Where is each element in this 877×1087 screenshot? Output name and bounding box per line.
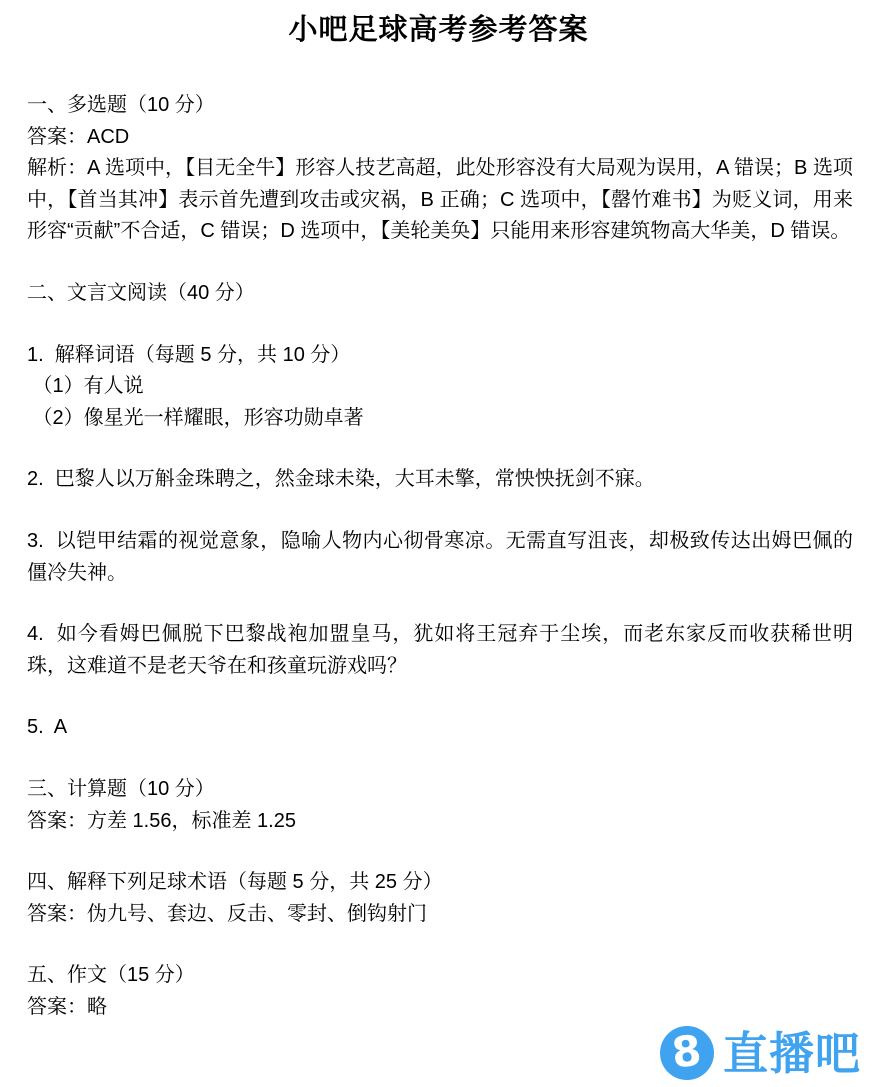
question-1-sub-2: （2）像星光一样耀眼，形容功勋卓著	[27, 403, 853, 435]
section-4-heading: 四、解释下列足球术语（每题 5 分，共 25 分）	[27, 867, 853, 899]
question-4-text: 4. 如今看姆巴佩脱下巴黎战袍加盟皇马，犹如将王冠弃于尘埃，而老东家反而收获稀世…	[27, 619, 853, 682]
question-1-sub-1: （1）有人说	[27, 371, 853, 403]
zhibo8-logo-8-glyph: 8	[670, 1030, 703, 1075]
section-3-answer: 答案：方差 1.56，标准差 1.25	[27, 806, 853, 838]
question-1-heading: 1. 解释词语（每题 5 分，共 10 分）	[27, 340, 853, 372]
section-3-heading: 三、计算题（10 分）	[27, 774, 853, 806]
question-2-text: 2. 巴黎人以万斛金珠聘之，然金球未染，大耳未擎，常怏怏抚剑不寐。	[27, 464, 853, 496]
section-4-answer: 答案：伪九号、套边、反击、零封、倒钩射门	[27, 899, 853, 931]
zhibo8-brand-text: 直播吧	[723, 1031, 861, 1076]
section-1-heading: 一、多选题（10 分）	[27, 90, 853, 122]
zhibo8-logo-icon: 8	[660, 1026, 714, 1080]
section-1-analysis: 解析：A 选项中，【目无全牛】形容人技艺高超，此处形容没有大局观为误用，A 错误…	[27, 153, 853, 248]
question-5-answer: 5. A	[27, 712, 853, 744]
section-1-answer: 答案：ACD	[27, 122, 853, 154]
section-5-heading: 五、作文（15 分）	[27, 960, 853, 992]
section-5-answer: 答案：略	[27, 992, 853, 1024]
page-title: 小吧足球高考参考答案	[0, 0, 877, 47]
question-3-text: 3. 以铠甲结霜的视觉意象，隐喻人物内心彻骨寒凉。无需直写沮丧，却极致传达出姆巴…	[27, 526, 853, 589]
document-body: 一、多选题（10 分） 答案：ACD 解析：A 选项中，【目无全牛】形容人技艺高…	[0, 90, 877, 1023]
section-2-heading: 二、文言文阅读（40 分）	[27, 278, 853, 310]
zhibo8-watermark: 8 直播吧	[660, 1026, 861, 1080]
